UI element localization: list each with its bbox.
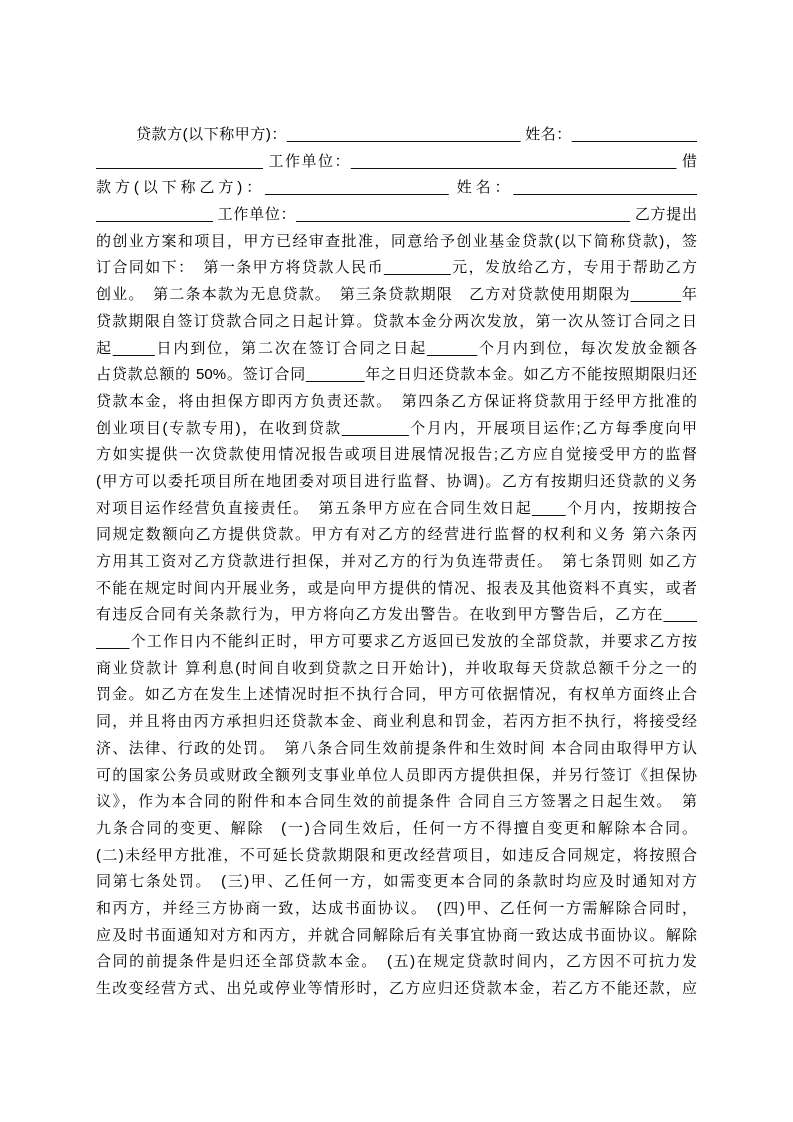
text-line: 济、法律、行政的处罚。 第八条合同生效前提条件和生效时间 本合同由取得甲方认 (96, 736, 697, 763)
text-line: ______________ 工作单位：____________________… (96, 202, 697, 229)
text-line: 应及时书面通知对方和丙方，并就合同解除后有关事宜协商一致达成书面协议。解除 (96, 923, 697, 950)
contract-body: 贷款方(以下称甲方)：____________________________ … (96, 122, 697, 1003)
text-line: 商业贷款计 算利息(时间自收到贷款之日开始计)，并收取每天贷款总额千分之一的 (96, 656, 697, 683)
text-line: 生改变经营方式、出兑或停业等情形时，乙方应归还贷款本金，若乙方不能还款，应 (96, 976, 697, 1003)
text-line: 方用其工资对乙方贷款进行担保，并对乙方的行为负连带责任。 第七条罚则 如乙方 (96, 549, 697, 576)
text-line: 订合同如下： 第一条甲方将贷款人民币________元，发放给乙方，专用于帮助乙… (96, 255, 697, 282)
text-line: 的创业方案和项目，甲方已经审查批准，同意给予创业基金贷款(以下简称贷款)，签 (96, 229, 697, 256)
text-line: 和丙方，并经三方协商一致，达成书面协议。 (四)甲、乙任何一方需解除合同时， (96, 896, 697, 923)
text-line: 对项目运作经营负直接责任。 第五条甲方应在合同生效日起____个月内，按期按合 (96, 496, 697, 523)
text-line: 起_____日内到位，第二次在签订合同之日起______个月内到位，每次发放金额… (96, 336, 697, 363)
text-line: (二)未经甲方批准，不可延长贷款期限和更改经营项目，如违反合同规定，将按照合 (96, 843, 697, 870)
text-line: 有违反合同有关条款行为，甲方将向乙方发出警告。在收到甲方警告后，乙方在____ (96, 602, 697, 629)
text-line: 同，并且将由丙方承担归还贷款本金、商业利息和罚金，若丙方拒不执行，将接受经 (96, 709, 697, 736)
text-line: 议》，作为本合同的附件和本合同生效的前提条件 合同自三方签署之日起生效。 第 (96, 789, 697, 816)
text-line: ____________________ 工作单位：______________… (96, 149, 697, 176)
text-line: 九条合同的变更、解除 (一)合同生效后，任何一方不得擅自变更和解除本合同。 (96, 816, 697, 843)
text-line: ____个工作日内不能纠正时，甲方可要求乙方返回已发放的全部贷款，并要求乙方按 (96, 629, 697, 656)
text-line: 罚金。如乙方在发生上述情况时拒不执行合同，甲方可依据情况，有权单方面终止合 (96, 682, 697, 709)
text-line: 创业项目(专款专用)，在收到贷款________个月内，开展项目运作;乙方每季度… (96, 416, 697, 443)
text-line: 贷款本金，将由担保方即丙方负责还款。 第四条乙方保证将贷款用于经甲方批准的 (96, 389, 697, 416)
text-line: 方如实提供一次贷款使用情况报告或项目进展情况报告;乙方应自觉接受甲方的监督 (96, 442, 697, 469)
text-line: (甲方可以委托项目所在地团委对项目进行监督、协调)。乙方有按期归还贷款的义务 (96, 469, 697, 496)
text-line: 合同的前提条件是归还全部贷款本金。 (五)在规定贷款时间内，乙方因不可抗力发 (96, 949, 697, 976)
text-line: 同第七条处罚。 (三)甲、乙任何一方，如需变更本合同的条款时均应及时通知对方 (96, 869, 697, 896)
text-line: 不能在规定时间内开展业务，或是向甲方提供的情况、报表及其他资料不真实，或者 (96, 576, 697, 603)
document-page: 贷款方(以下称甲方)：____________________________ … (0, 0, 793, 1122)
text-line: 贷款期限自签订贷款合同之日起计算。贷款本金分两次发放，第一次从签订合同之日 (96, 309, 697, 336)
text-line: 创业。 第二条本款为无息贷款。 第三条贷款期限 乙方对贷款使用期限为______… (96, 282, 697, 309)
text-line: 同规定数额向乙方提供贷款。甲方有对乙方的经营进行监督的权利和义务 第六条丙 (96, 522, 697, 549)
text-line: 占贷款总额的 50%。签订合同_______年之日归还贷款本金。如乙方不能按照期… (96, 362, 697, 389)
text-line: 可的国家公务员或财政全额列支事业单位人员即丙方提供担保，并另行签订《担保协 (96, 763, 697, 790)
text-line: 贷款方(以下称甲方)：____________________________ … (96, 122, 697, 149)
text-line: 款方(以下称乙方)：______________________ 姓名：____… (96, 175, 697, 202)
